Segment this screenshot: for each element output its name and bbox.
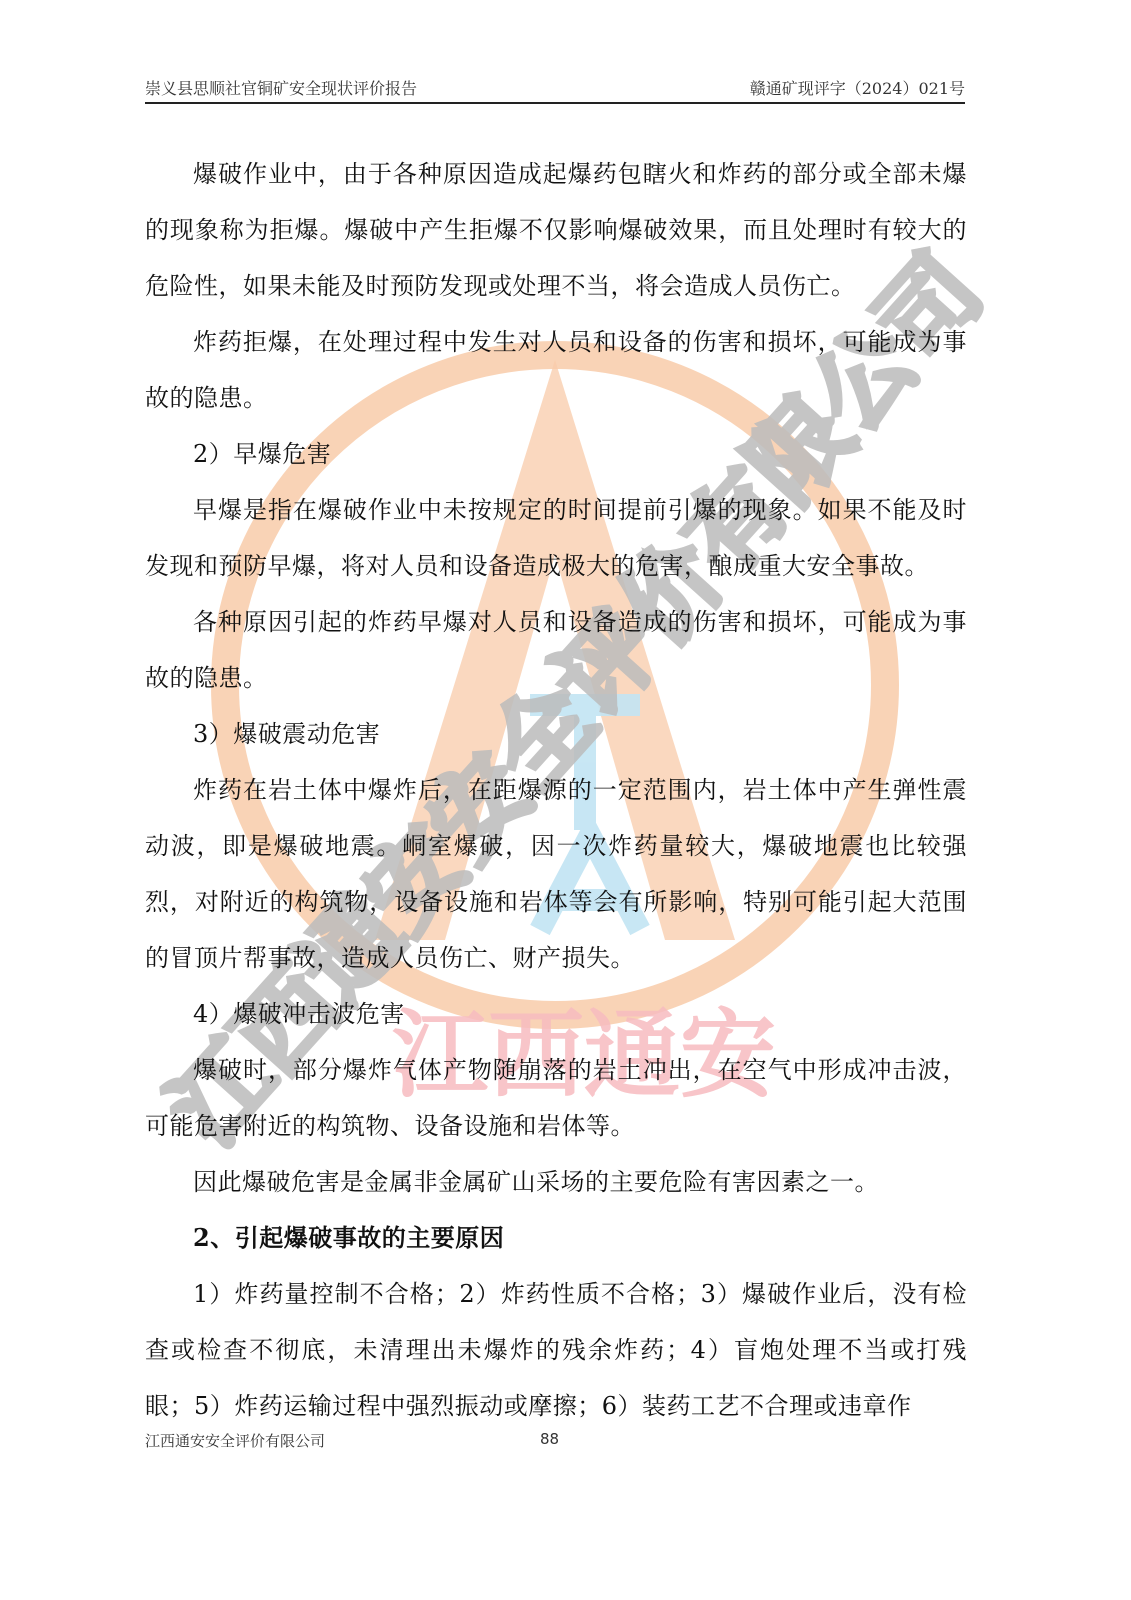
paragraph-premature-definition: 早爆是指在爆破作业中未按规定的时间提前引爆的现象。如果不能及时发现和预防早爆，将… bbox=[145, 482, 967, 594]
paragraph-misfire-definition: 爆破作业中，由于各种原因造成起爆药包瞎火和炸药的部分或全部未爆的现象称为拒爆。爆… bbox=[145, 146, 967, 314]
paragraph-misfire-hazard: 炸药拒爆，在处理过程中发生对人员和设备的伤害和损坏，可能成为事故的隐患。 bbox=[145, 314, 967, 426]
footer-company-name: 江西通安安全评价有限公司 bbox=[145, 1430, 325, 1451]
subheading-shock-wave: 4）爆破冲击波危害 bbox=[145, 986, 967, 1042]
page-number: 88 bbox=[540, 1430, 559, 1448]
paragraph-shock-wave: 爆破时，部分爆炸气体产物随崩落的岩土冲出，在空气中形成冲击波，可能危害附近的构筑… bbox=[145, 1042, 967, 1154]
page-header: 崇义县思顺社官铜矿安全现状评价报告 赣通矿现评字（2024）021号 bbox=[145, 78, 965, 104]
subheading-premature-blast: 2）早爆危害 bbox=[145, 426, 967, 482]
subheading-blast-vibration: 3）爆破震动危害 bbox=[145, 706, 967, 762]
paragraph-summary: 因此爆破危害是金属非金属矿山采场的主要危险有害因素之一。 bbox=[145, 1154, 967, 1210]
report-title: 崇义县思顺社官铜矿安全现状评价报告 bbox=[145, 76, 417, 99]
report-code: 赣通矿现评字（2024）021号 bbox=[750, 76, 965, 99]
paragraph-premature-hazard: 各种原因引起的炸药早爆对人员和设备造成的伤害和损坏，可能成为事故的隐患。 bbox=[145, 594, 967, 706]
section-heading-causes: 2、引起爆破事故的主要原因 bbox=[145, 1210, 967, 1266]
paragraph-causes-list: 1）炸药量控制不合格；2）炸药性质不合格；3）爆破作业后，没有检查或检查不彻底，… bbox=[145, 1266, 967, 1434]
paragraph-blast-vibration: 炸药在岩土体中爆炸后，在距爆源的一定范围内，岩土体中产生弹性震动波，即是爆破地震… bbox=[145, 762, 967, 986]
document-body: 爆破作业中，由于各种原因造成起爆药包瞎火和炸药的部分或全部未爆的现象称为拒爆。爆… bbox=[145, 146, 967, 1434]
